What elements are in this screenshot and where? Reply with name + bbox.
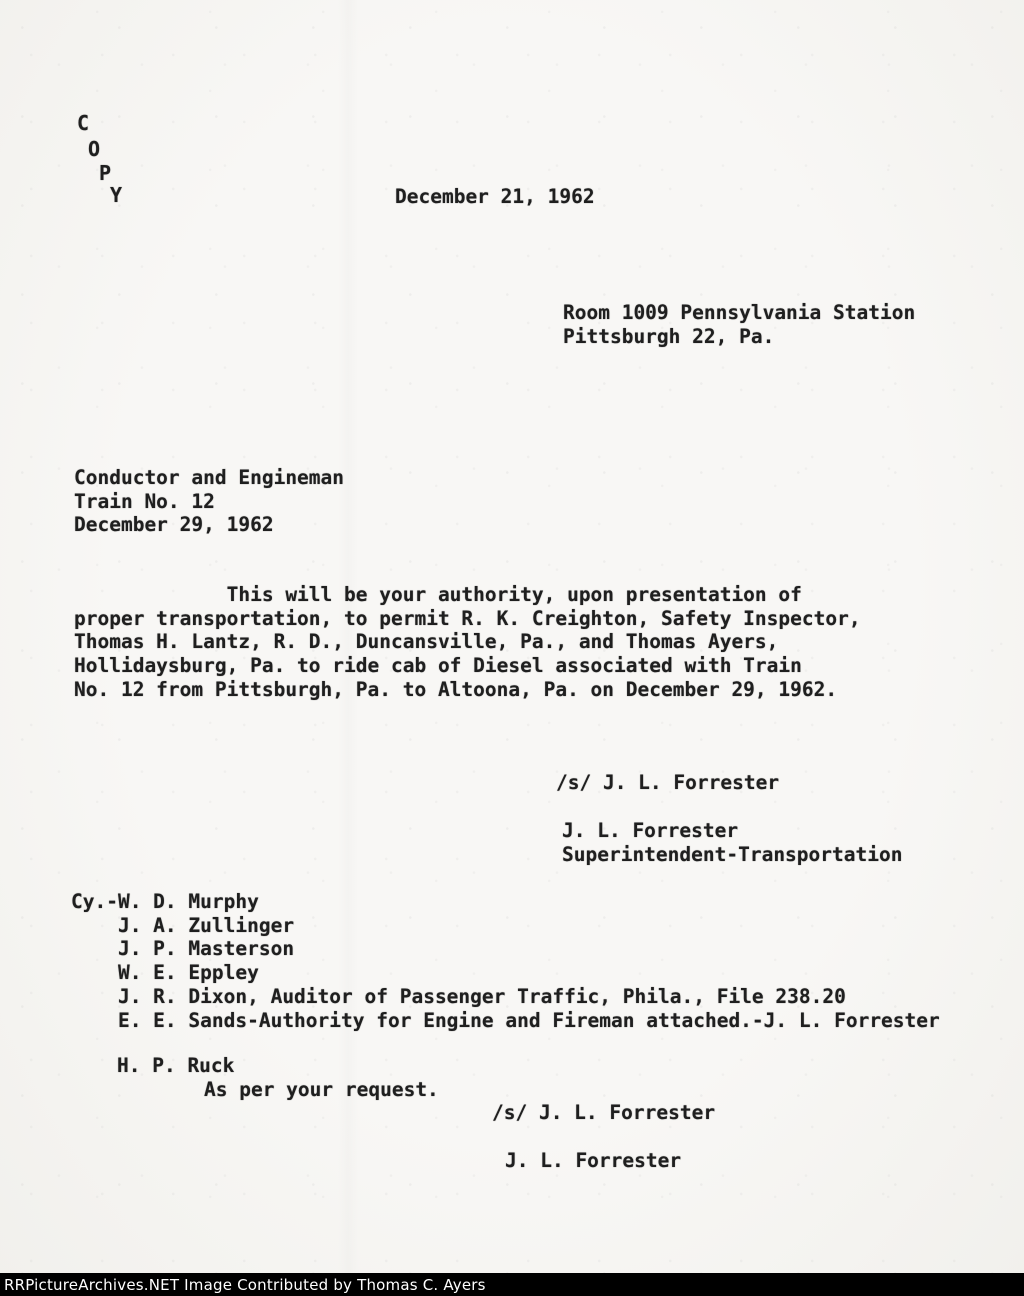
signature-name-2: J. L. Forrester	[505, 1149, 681, 1173]
date-line: December 21, 1962	[395, 185, 595, 209]
recipient-block: Conductor and Engineman Train No. 12 Dec…	[74, 466, 344, 537]
body-line: proper transportation, to permit R. K. C…	[74, 607, 861, 631]
watermark-text: RRPictureArchives.NET Image Contributed …	[0, 1276, 486, 1294]
copy-stamp-letter: O	[88, 138, 100, 162]
sender-address: Room 1009 Pennsylvania Station Pittsburg…	[563, 301, 915, 348]
body-line: This will be your authority, upon presen…	[74, 583, 861, 607]
cc-line: J. P. Masterson	[71, 937, 940, 961]
sender-address-line: Room 1009 Pennsylvania Station	[563, 301, 915, 325]
body-line: Hollidaysburg, Pa. to ride cab of Diesel…	[74, 654, 861, 678]
body-line: Thomas H. Lantz, R. D., Duncansville, Pa…	[74, 630, 861, 654]
signature-title: Superintendent-Transportation	[562, 843, 902, 867]
copy-stamp-letter: C	[77, 112, 89, 136]
ruck-name: H. P. Ruck	[117, 1054, 234, 1078]
watermark-footer-bar: RRPictureArchives.NET Image Contributed …	[0, 1273, 1024, 1296]
ruck-note: As per your request.	[204, 1078, 439, 1102]
signature-stamp: /s/ J. L. Forrester	[556, 771, 779, 795]
signature-block: J. L. Forrester Superintendent-Transport…	[562, 819, 902, 866]
cc-line: J. A. Zullinger	[71, 914, 940, 938]
cc-line: J. R. Dixon, Auditor of Passenger Traffi…	[71, 985, 940, 1009]
body-paragraph: This will be your authority, upon presen…	[74, 583, 861, 702]
signature-stamp-2: /s/ J. L. Forrester	[492, 1101, 715, 1125]
scanned-letter-page: C O P Y December 21, 1962 Room 1009 Penn…	[0, 0, 1024, 1296]
recipient-line: Train No. 12	[74, 490, 344, 514]
cc-line: W. E. Eppley	[71, 961, 940, 985]
signature-name: J. L. Forrester	[562, 819, 902, 843]
recipient-line: December 29, 1962	[74, 513, 344, 537]
recipient-line: Conductor and Engineman	[74, 466, 344, 490]
cc-line: Cy.-W. D. Murphy	[71, 890, 940, 914]
body-line: No. 12 from Pittsburgh, Pa. to Altoona, …	[74, 678, 861, 702]
sender-address-line: Pittsburgh 22, Pa.	[563, 325, 915, 349]
cc-list: Cy.-W. D. Murphy J. A. Zullinger J. P. M…	[71, 890, 940, 1032]
cc-line: E. E. Sands-Authority for Engine and Fir…	[71, 1009, 940, 1033]
copy-stamp-letter: Y	[110, 184, 122, 208]
